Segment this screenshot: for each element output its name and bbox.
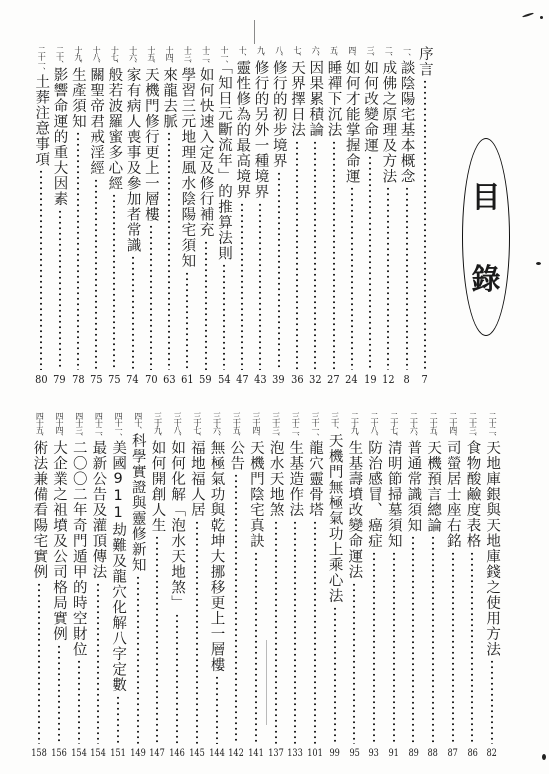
toc-entry-text: 食物酸鹼度表格 (464, 440, 480, 549)
toc-entry-title: 十五、天機門修行更上一層樓 (143, 46, 159, 222)
toc-entry[interactable]: 四十三、二〇〇二年奇門遁甲的時空財位 154 (69, 412, 89, 760)
toc-entry-page: 154 (71, 746, 87, 760)
toc-entry-text: 最新公告及灌頂傳法 (90, 440, 106, 580)
toc-entry-page: 147 (150, 746, 166, 760)
toc-entry-number: 三十五、 (232, 412, 241, 440)
toc-entry-title: 六、因果累積論 (307, 46, 323, 138)
toc-entry-page: 80 (35, 372, 47, 386)
toc-entry[interactable]: 序言 7 (416, 46, 434, 386)
toc-entry-text: 天機門陰宅真訣 (248, 440, 264, 549)
toc-entry-page: 78 (72, 372, 84, 386)
toc-entry-title: 十六、家有病人喪事及參加者常識 (125, 46, 141, 253)
toc-entry-page: 70 (145, 372, 157, 386)
toc-entry-page: 7 (422, 372, 428, 386)
toc-entry-title: 四、如何才能掌握命運 (344, 46, 360, 184)
toc-entry-text: 生基壽墳改變命運法 (346, 440, 362, 580)
toc-entry-title: 二十五、天機預言總論 (425, 412, 441, 533)
toc-entry[interactable]: 九、修行的另外一種境界 43 (251, 46, 269, 386)
toc-entry-title: 十二、如何快速入定及修行補充 (198, 46, 214, 238)
toc-entry-text: 天機預言總論 (425, 440, 441, 533)
toc-entry[interactable]: 三十五、公告 142 (226, 412, 246, 760)
toc-entry-number: 三、 (366, 46, 375, 60)
dot-leader (241, 202, 243, 371)
toc-entry-text: 天地庫銀與天地庫錢之使用方法 (484, 440, 500, 657)
toc-entry-page: 101 (307, 746, 323, 760)
toc-entry-title: 三十六、無極氣功與乾坤大挪移更上一層樓 (209, 412, 225, 673)
toc-entry-number: 十八、 (92, 46, 101, 67)
toc-entry-text: 家有病人喪事及參加者常識 (125, 67, 141, 253)
toc-entry-page: 75 (90, 372, 102, 386)
dot-leader (59, 209, 61, 371)
toc-entry-page: 43 (254, 372, 266, 386)
toc-entry-text: 大企業之祖墳及公司格局實例 (51, 440, 67, 642)
toc-entry-title: 十三、學習三元地理風水陰陽宅須知 (179, 46, 195, 269)
toc-entry-page: 156 (51, 746, 67, 760)
toc-entry-text: 如何快速入定及修行補充 (198, 67, 214, 238)
toc-entry-number: 四十、 (134, 412, 143, 433)
toc-entry-title: 四十、科學實證與靈修新知 (130, 412, 146, 573)
toc-entry-number: 三十八、 (173, 412, 182, 440)
toc-entry-text: 序言 (417, 46, 433, 77)
scan-speck (540, 16, 543, 19)
toc-entry-text: 學習三元地理風水陰陽宅須知 (179, 67, 195, 269)
dot-leader (216, 675, 218, 745)
dot-leader (196, 520, 198, 745)
toc-entry-title: 一、談陰陽宅基本概念 (399, 46, 415, 184)
dot-leader (333, 140, 335, 371)
toc-entry[interactable]: 四十、科學實證與靈修新知 149 (128, 412, 148, 760)
toc-entry-page: 63 (163, 372, 175, 386)
toc-entry-title: 三十四、天機門陰宅真訣 (248, 412, 264, 549)
toc-entry-page: 95 (349, 746, 359, 760)
toc-entry-text: 如何化解「泡水天地煞」 (169, 440, 185, 611)
toc-entry-page: 142 (228, 746, 244, 760)
toc-entry-title: 二十、影響命運的重大因素 (52, 46, 68, 207)
toc-entry-page: 137 (268, 746, 284, 760)
toc-entry-text: 防治感冒、癌症 (366, 440, 382, 549)
toc-entry-number: 三十一、 (311, 412, 320, 440)
toc-entry-number: 四十一、 (114, 412, 123, 440)
toc-entry[interactable]: 四十二、最新公告及灌頂傳法 154 (89, 412, 109, 760)
toc-section-bottom: 二十二、天地庫銀與天地庫錢之使用方法 82 二十三、食物酸鹼度表格 86 二十四… (28, 412, 502, 760)
toc-entry[interactable]: 三十一、龍穴靈骨塔 101 (305, 412, 325, 760)
toc-entry-text: 公告 (228, 440, 244, 471)
toc-entry-text: 因果累積論 (307, 60, 323, 138)
toc-entry-page: 88 (428, 746, 438, 760)
toc-entry-page: 19 (364, 372, 376, 386)
toc-entry-number: 三十四、 (252, 412, 261, 440)
toc-entry-text: 司螢居士座右銘 (445, 440, 461, 549)
scan-speck (522, 12, 534, 18)
toc-entry-number: 二十一、 (37, 46, 46, 74)
toc-entry-title: 二十八、防治感冒、癌症 (366, 412, 382, 549)
dot-leader (205, 240, 207, 371)
dot-leader (351, 186, 353, 370)
toc-entry-page: 75 (108, 372, 120, 386)
toc-entry-page: 89 (408, 746, 418, 760)
toc-entry-title: 五、睡禪下沉法 (326, 46, 342, 138)
toc-entry[interactable]: 五、睡禪下沉法 27 (324, 46, 342, 386)
toc-entry-text: 般若波羅蜜多心經 (106, 67, 122, 191)
toc-entry[interactable]: 十二、如何快速入定及修行補充 59 (197, 46, 215, 386)
toc-entry-title: 三十七、福地福人居 (189, 412, 205, 518)
toc-entry-text: 清明節掃墓須知 (386, 440, 402, 549)
toc-entry-title: 四十四、大企業之祖墳及公司格局實例 (51, 412, 67, 642)
toc-entry-page: 151 (110, 746, 126, 760)
fold-line (254, 20, 255, 44)
toc-entry-number: 九、 (256, 46, 265, 60)
toc-entry[interactable]: 二十九、生基壽墳改變命運法 95 (345, 412, 365, 760)
toc-entry-number: 六、 (311, 46, 320, 60)
toc-section-top: 序言 7 一、談陰陽宅基本概念 8 二、成佛之原理及方法 12 三、如何改變命運… (32, 46, 434, 386)
toc-entry-number: 三十七、 (193, 412, 202, 440)
dot-leader (97, 582, 99, 745)
dot-leader (294, 520, 296, 745)
toc-entry-number: 二十七、 (390, 412, 399, 440)
toc-entry-text: 生產須知 (70, 67, 86, 129)
toc-entry-page: 54 (218, 372, 230, 386)
toc-entry-page: 8 (403, 372, 409, 386)
toc-entry-number: 四十三、 (75, 412, 84, 440)
toc-entry-page: 154 (91, 746, 107, 760)
toc-entry[interactable]: 二十四、司螢居士座右銘 87 (443, 412, 463, 760)
toc-entry-text: 如何才能掌握命運 (344, 60, 360, 184)
toc-entry-page: 47 (236, 372, 248, 386)
dot-leader (176, 613, 178, 745)
toc-entry-title: 十一、「知日元斷流年」的推算法則 (216, 46, 232, 261)
toc-entry-text: 「知日元斷流年」的推算法則 (216, 67, 232, 261)
dot-leader (58, 644, 60, 745)
toc-entry[interactable]: 三十八、如何化解「泡水天地煞」 146 (167, 412, 187, 760)
toc-entry-text: 生基造作法 (287, 440, 303, 518)
toc-entry-page: 91 (389, 746, 399, 760)
toc-entry-number: 七、 (293, 46, 302, 60)
toc-entry-number: 十七、 (110, 46, 119, 67)
toc-entry-page: 36 (291, 372, 303, 386)
toc-entry-title: 三十三、泡水天地煞 (268, 412, 284, 518)
toc-entry-page: 27 (327, 372, 339, 386)
toc-entry-title: 三十九、如何開創人生 (149, 412, 165, 533)
dot-leader (491, 659, 493, 744)
toc-entry-text: 關聖帝君戒淫經 (88, 67, 104, 176)
toc-entry-number: 十五、 (147, 46, 156, 67)
toc-entry-title: 序言 (417, 46, 433, 77)
toc-entry-page: 99 (329, 746, 339, 760)
toc-entry-title: 十、靈性修為的最高境界 (234, 46, 250, 200)
toc-entry-title: 四十五、術法兼備看陽宅實例 (31, 412, 47, 580)
dot-leader (353, 582, 355, 745)
toc-entry-title: 四十二、最新公告及灌頂傳法 (90, 412, 106, 580)
toc-entry-text: 來龍去脈 (161, 67, 177, 129)
toc-entry-title: 二十九、生基壽墳改變命運法 (346, 412, 362, 580)
toc-entry[interactable]: 四十四、大企業之祖墳及公司格局實例 156 (49, 412, 69, 760)
toc-entry-page: 24 (346, 372, 358, 386)
dot-leader (296, 140, 298, 371)
toc-entry-page: 158 (32, 746, 48, 760)
toc-entry[interactable]: 十七、般若波羅蜜多心經 75 (105, 46, 123, 386)
toc-heading-char: 目 (463, 175, 509, 216)
scan-speck (542, 754, 546, 760)
toc-entry-text: 普通常識須知 (405, 440, 421, 533)
dot-leader (156, 535, 158, 744)
toc-entry-title: 三十五、公告 (228, 412, 244, 471)
toc-entry-number: 四十二、 (94, 412, 103, 440)
dot-leader (95, 178, 97, 371)
toc-entry-page: 74 (126, 372, 138, 386)
toc-entry-title: 四十三、二〇〇二年奇門遁甲的時空財位 (71, 412, 87, 657)
toc-entry-page: 32 (309, 372, 321, 386)
toc-entry[interactable]: 三十七、福地福人居 145 (187, 412, 207, 760)
toc-entry-text: 美國911劫難及龍穴化解八字定數 (110, 440, 126, 693)
toc-entry-text: 龍穴靈骨塔 (307, 440, 323, 518)
dot-leader (40, 169, 42, 370)
toc-entry-number: 四十四、 (55, 412, 64, 440)
dot-leader (186, 271, 188, 371)
toc-entry-number: 三十六、 (213, 412, 222, 440)
toc-entry-number: 二、 (384, 46, 393, 60)
toc-entry[interactable]: 四十五、術法兼備看陽宅實例 158 (30, 412, 50, 760)
toc-entry-number: 二十、 (56, 46, 65, 67)
toc-entry[interactable]: 三十六、無極氣功與乾坤大挪移更上一層樓 144 (207, 412, 227, 760)
toc-heading-oval: 目 錄 (462, 138, 510, 336)
dot-leader (406, 186, 408, 370)
toc-entry-page: 86 (467, 746, 477, 760)
dot-leader (78, 659, 80, 744)
dot-leader (334, 606, 336, 745)
dot-leader (137, 575, 139, 745)
toc-entry-title: 九、修行的另外一種境界 (252, 46, 268, 200)
toc-entry-number: 二十九、 (350, 412, 359, 440)
toc-entry[interactable]: 三十、天機門無極氣功上乘心法 99 (325, 412, 345, 760)
toc-entry-number: 十二、 (202, 46, 211, 67)
toc-entry[interactable]: 三十四、天機門陰宅真訣 141 (246, 412, 266, 760)
toc-entry[interactable]: 二十六、普通常識須知 89 (404, 412, 424, 760)
toc-entry[interactable]: 十三、學習三元地理風水陰陽宅須知 61 (178, 46, 196, 386)
dot-leader (132, 255, 134, 370)
toc-entry[interactable]: 四十一、美國911劫難及龍穴化解八字定數 151 (108, 412, 128, 760)
toc-entry[interactable]: 二十八、防治感冒、癌症 93 (364, 412, 384, 760)
dot-leader (314, 520, 316, 745)
scan-speck (536, 262, 541, 265)
toc-entry-number: 二十八、 (370, 412, 379, 440)
toc-entry-page: 59 (199, 372, 211, 386)
toc-entry-number: 四、 (348, 46, 357, 60)
toc-entry-text: 泡水天地煞 (268, 440, 284, 518)
toc-entry-title: 二十四、司螢居士座右銘 (445, 412, 461, 549)
dot-leader (393, 551, 395, 745)
dot-leader (168, 131, 170, 370)
toc-entry[interactable]: 十六、家有病人喪事及參加者常識 74 (123, 46, 141, 386)
dot-leader (38, 582, 40, 745)
toc-entry-number: 二十五、 (429, 412, 438, 440)
toc-page: 目 錄 序言 7 一、談陰陽宅基本概念 8 二、成佛之原理及方法 12 三、如何… (0, 0, 549, 774)
toc-entry[interactable]: 十九、生產須知 78 (69, 46, 87, 386)
toc-entry-page: 61 (181, 372, 193, 386)
toc-entry-title: 八、修行的初步境界 (271, 46, 287, 169)
toc-entry-number: 十九、 (74, 46, 83, 67)
toc-entry-text: 無極氣功與乾坤大挪移更上一層樓 (209, 440, 225, 673)
toc-entry[interactable]: 四、如何才能掌握命運 24 (343, 46, 361, 386)
toc-entry-number: 八、 (275, 46, 284, 60)
toc-entry-number: 十四、 (165, 46, 174, 67)
dot-leader (373, 551, 375, 745)
toc-entry-text: 修行的初步境界 (271, 60, 287, 169)
dot-leader (412, 535, 414, 744)
toc-entry-text: 天機門無極氣功上乘心法 (327, 433, 343, 604)
toc-entry-title: 二十二、天地庫銀與天地庫錢之使用方法 (484, 412, 500, 657)
toc-entry-number: 四十五、 (35, 412, 44, 440)
toc-entry-text: 天界擇日法 (289, 60, 305, 138)
toc-entry-number: 三十九、 (153, 412, 162, 440)
toc-entry-title: 三十八、如何化解「泡水天地煞」 (169, 412, 185, 611)
toc-entry[interactable]: 二十一、土葬注意事項 80 (32, 46, 50, 386)
toc-entry-text: 科學實證與靈修新知 (130, 433, 146, 573)
toc-entry[interactable]: 十五、天機門修行更上一層樓 70 (142, 46, 160, 386)
toc-entry-page: 133 (287, 746, 303, 760)
toc-entry-number: 三十二、 (291, 412, 300, 440)
toc-entry-number: 二十三、 (468, 412, 477, 440)
toc-entry-title: 三十一、龍穴靈骨塔 (307, 412, 323, 518)
toc-entry-title: 十四、來龍去脈 (161, 46, 177, 129)
toc-entry-page: 149 (130, 746, 146, 760)
toc-entry-page: 12 (382, 372, 394, 386)
toc-entry[interactable]: 二十三、食物酸鹼度表格 86 (463, 412, 483, 760)
toc-entry[interactable]: 十八、關聖帝君戒淫經 75 (87, 46, 105, 386)
toc-entry-title: 三十、天機門無極氣功上乘心法 (327, 412, 343, 604)
toc-entry-number: 二十二、 (488, 412, 497, 440)
toc-entry-title: 三、如何改變命運 (362, 46, 378, 153)
dot-leader (77, 131, 79, 370)
toc-entry[interactable]: 十、靈性修為的最高境界 47 (233, 46, 251, 386)
toc-entry-text: 成佛之原理及方法 (380, 60, 396, 184)
dot-leader (117, 695, 119, 745)
toc-entry[interactable]: 二十五、天機預言總論 88 (423, 412, 443, 760)
dot-leader (278, 171, 280, 371)
toc-entry-page: 82 (487, 746, 497, 760)
toc-entry[interactable]: 十一、「知日元斷流年」的推算法則 54 (215, 46, 233, 386)
toc-entry-title: 二十一、土葬注意事項 (33, 46, 49, 167)
toc-entry-number: 十三、 (183, 46, 192, 67)
toc-entry[interactable]: 二十二、天地庫銀與天地庫錢之使用方法 82 (482, 412, 502, 760)
toc-heading-char: 錄 (463, 257, 509, 298)
toc-entry-page: 146 (169, 746, 185, 760)
toc-entry[interactable]: 三十二、生基造作法 133 (285, 412, 305, 760)
toc-entry[interactable]: 二、成佛之原理及方法 12 (379, 46, 397, 386)
toc-entry-text: 影響命運的重大因素 (52, 67, 68, 207)
toc-entry-number: 一、 (403, 46, 412, 60)
toc-entry-title: 二十七、清明節掃墓須知 (386, 412, 402, 549)
toc-entry[interactable]: 六、因果累積論 32 (306, 46, 324, 386)
toc-entry-text: 如何開創人生 (149, 440, 165, 533)
toc-entry-title: 七、天界擇日法 (289, 46, 305, 138)
toc-entry[interactable]: 二十七、清明節掃墓須知 91 (384, 412, 404, 760)
toc-entry-text: 睡禪下沉法 (326, 60, 342, 138)
toc-entry[interactable]: 三、如何改變命運 19 (361, 46, 379, 386)
toc-entry-page: 93 (369, 746, 379, 760)
dot-leader (314, 140, 316, 371)
toc-entry[interactable]: 三十三、泡水天地煞 137 (266, 412, 286, 760)
dot-leader (235, 473, 237, 744)
toc-entry-title: 二十三、食物酸鹼度表格 (464, 412, 480, 549)
dot-leader (223, 263, 225, 370)
dot-leader (471, 551, 473, 745)
toc-entry-text: 靈性修為的最高境界 (234, 60, 250, 200)
toc-entry-page: 87 (448, 746, 458, 760)
dot-leader (432, 535, 434, 744)
dot-leader (150, 224, 152, 370)
toc-entry-title: 十七、般若波羅蜜多心經 (106, 46, 122, 191)
dot-leader (424, 79, 426, 370)
toc-entry-text: 修行的另外一種境界 (252, 60, 268, 200)
dot-leader (255, 551, 257, 745)
toc-entry-number: 二十四、 (449, 412, 458, 440)
toc-entry-page: 141 (248, 746, 264, 760)
toc-entry[interactable]: 八、修行的初步境界 39 (270, 46, 288, 386)
toc-entry-text: 天機門修行更上一層樓 (143, 67, 159, 222)
toc-entry-number: 五、 (330, 46, 339, 60)
toc-entry[interactable]: 十四、來龍去脈 63 (160, 46, 178, 386)
toc-entry-page: 79 (53, 372, 65, 386)
toc-entry-page: 145 (189, 746, 205, 760)
toc-entry-number: 十六、 (129, 46, 138, 67)
toc-entry-number: 三十三、 (272, 412, 281, 440)
toc-entry-title: 二十六、普通常識須知 (405, 412, 421, 533)
toc-entry-title: 十九、生產須知 (70, 46, 86, 129)
toc-entry-page: 144 (209, 746, 225, 760)
toc-entry[interactable]: 三十九、如何開創人生 147 (148, 412, 168, 760)
toc-entry-text: 二〇〇二年奇門遁甲的時空財位 (71, 440, 87, 657)
dot-leader (259, 202, 261, 371)
toc-entry-number: 三十、 (331, 412, 340, 433)
toc-entry-title: 三十二、生基造作法 (287, 412, 303, 518)
dot-leader (387, 186, 389, 370)
toc-entry[interactable]: 一、談陰陽宅基本概念 8 (397, 46, 415, 386)
toc-entry-title: 十八、關聖帝君戒淫經 (88, 46, 104, 176)
dot-leader (369, 155, 371, 370)
toc-entry-title: 四十一、美國911劫難及龍穴化解八字定數 (110, 412, 126, 693)
toc-entry[interactable]: 七、天界擇日法 36 (288, 46, 306, 386)
toc-entry-number: 二十六、 (409, 412, 418, 440)
toc-entry-text: 如何改變命運 (362, 60, 378, 153)
toc-entry[interactable]: 二十、影響命運的重大因素 79 (50, 46, 68, 386)
toc-entry-number: 十一、 (220, 46, 229, 67)
toc-entry-number: 十、 (238, 46, 247, 60)
toc-entry-page: 39 (273, 372, 285, 386)
dot-leader (113, 193, 115, 370)
toc-entry-text: 福地福人居 (189, 440, 205, 518)
dot-leader (275, 520, 277, 745)
toc-entry-text: 談陰陽宅基本概念 (399, 60, 415, 184)
toc-entry-title: 二、成佛之原理及方法 (380, 46, 396, 184)
toc-entry-text: 術法兼備看陽宅實例 (31, 440, 47, 580)
dot-leader (452, 551, 454, 745)
toc-entry-text: 土葬注意事項 (33, 74, 49, 167)
